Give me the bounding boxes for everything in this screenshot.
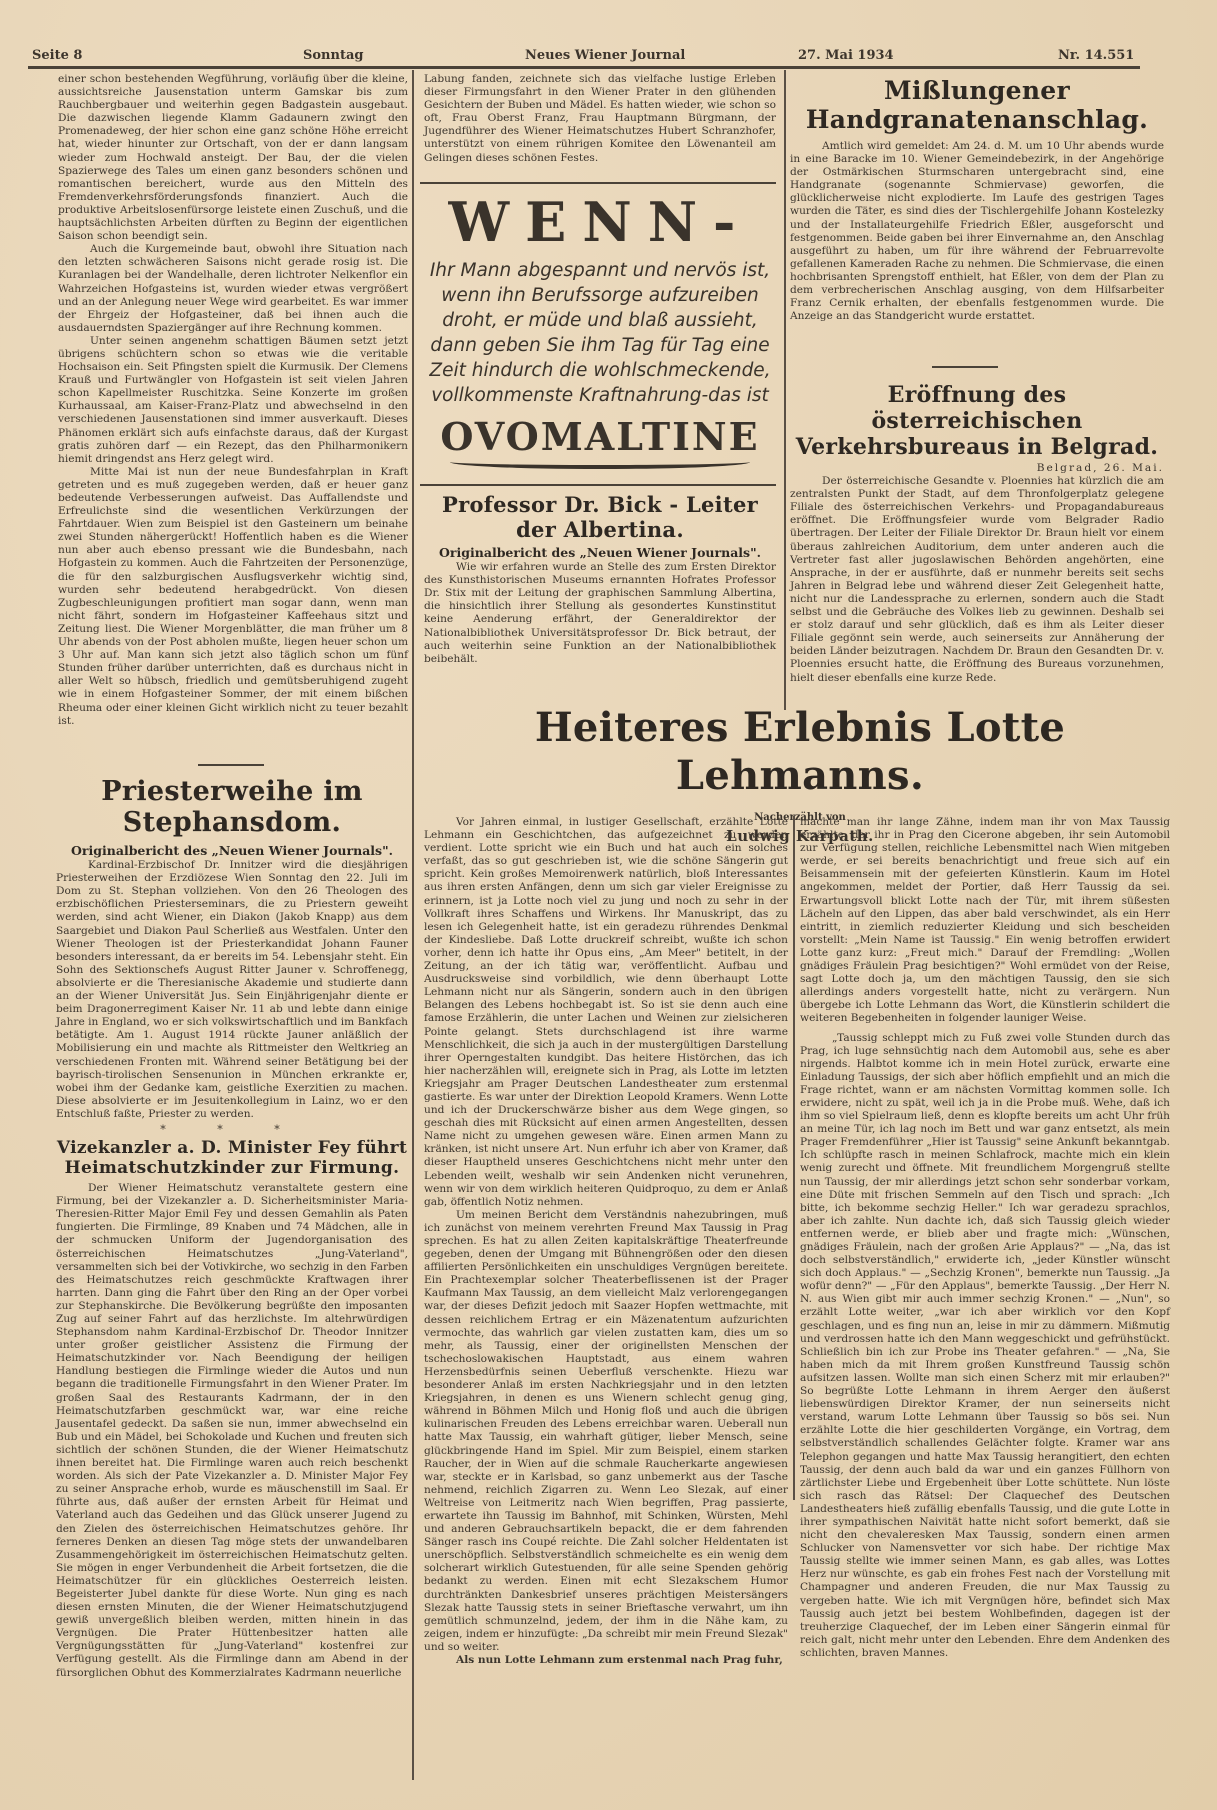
headline-fey: Vizekanzler a. D. Minister Fey führt Hei…: [56, 1138, 408, 1178]
weekday: Sonntag: [303, 48, 363, 63]
article-priesterweihe: Priesterweihe im Stephansdom. Originalbe…: [56, 770, 408, 1680]
article-body: Kardinal-Erzbischof Dr. Innitzer wird di…: [56, 859, 408, 1121]
dateline-belgrad: Belgrad, 26. Mai.: [790, 462, 1164, 475]
separator-stars: * * *: [56, 1123, 408, 1136]
headline-handgranate: Mißlungener Handgranatenanschlag.: [790, 76, 1164, 134]
section-divider: [420, 484, 776, 486]
article-belgrad: Eröffnung des österreichischen Verkehrsb…: [790, 378, 1164, 685]
headline-lehmann: Heiteres Erlebnis Lotte Lehmanns.: [420, 704, 1180, 800]
column-rule-2: [784, 70, 786, 710]
article-bick: Professor Dr. Bick - Leiter der Albertin…: [424, 490, 776, 666]
article-paragraph: Um meinen Bericht dem Verständnis nahezu…: [424, 1209, 788, 1654]
column-2-top: Labung fanden, zeichnete sich das vielfa…: [424, 73, 776, 165]
headline-bick: Professor Dr. Bick - Leiter der Albertin…: [424, 492, 776, 542]
headline-belgrad: Eröffnung des österreichischen Verkehrsb…: [790, 382, 1164, 460]
article-paragraph: „Taussig schleppt mich zu Fuß zwei volle…: [800, 1032, 1170, 1661]
article-paragraph: Vor Jahren einmal, in lustiger Gesellsch…: [424, 816, 788, 1209]
article-paragraph: Mitte Mai ist nun der neue Bundesfahrpla…: [58, 466, 408, 728]
newspaper-page: Seite 8 Sonntag Neues Wiener Journal 27.…: [0, 0, 1217, 1810]
article-body: Der österreichische Gesandte v. Ploennie…: [790, 475, 1164, 685]
article-paragraph: Unter seinen angenehm schattigen Bäumen …: [58, 335, 408, 466]
headline-priesterweihe: Priesterweihe im Stephansdom.: [56, 776, 408, 838]
article-paragraph: Auch die Kurgemeinde baut, obwohl ihre S…: [58, 243, 408, 335]
article-body: Amtlich wird gemeldet: Am 24. d. M. um 1…: [790, 140, 1164, 323]
newspaper-name: Neues Wiener Journal: [525, 48, 685, 63]
article-paragraph: Als nun Lotte Lehmann zum erstenmal nach…: [424, 1654, 788, 1667]
column-rule-1: [412, 70, 414, 1780]
column-rule-3: [793, 816, 795, 1500]
article-body: Der Wiener Heimatschutz veranstaltete ge…: [56, 1182, 408, 1680]
masthead: Seite 8 Sonntag Neues Wiener Journal 27.…: [28, 44, 1138, 68]
article-handgranate: Mißlungener Handgranatenanschlag. Amtlic…: [790, 72, 1164, 323]
issue-date: 27. Mai 1934: [798, 48, 894, 63]
page-number: Seite 8: [32, 48, 82, 63]
issue-number: Nr. 14.551: [1058, 48, 1134, 63]
section-divider: [198, 764, 264, 766]
article-continued-text: einer schon bestehenden Wegführung, vorl…: [58, 73, 408, 243]
article-paragraph: machte man ihr lange Zähne, indem man ih…: [800, 816, 1170, 1026]
lehmann-column-left: Vor Jahren einmal, in lustiger Gesellsch…: [424, 816, 788, 1667]
column-1: einer schon bestehenden Wegführung, vorl…: [58, 73, 408, 728]
ad-body-text: Ihr Mann abgespannt und nervös ist, wenn…: [424, 258, 776, 408]
masthead-rule: [28, 66, 1140, 69]
subhead-priesterweihe: Originalbericht des „Neuen Wiener Journa…: [56, 844, 408, 857]
section-divider: [932, 366, 998, 368]
article-continued-text: Labung fanden, zeichnete sich das vielfa…: [424, 73, 776, 165]
ad-headline: WENN-: [424, 192, 776, 252]
lehmann-column-right: machte man ihr lange Zähne, indem man ih…: [800, 816, 1170, 1660]
ovomaltine-advertisement: WENN- Ihr Mann abgespannt und nervös ist…: [424, 192, 776, 469]
article-body: Wie wir erfahren wurde an Stelle des zum…: [424, 561, 776, 666]
ad-brand-logo: OVOMALTINE: [424, 414, 776, 459]
subhead-bick: Originalbericht des „Neuen Wiener Journa…: [424, 546, 776, 559]
section-divider: [420, 182, 776, 184]
